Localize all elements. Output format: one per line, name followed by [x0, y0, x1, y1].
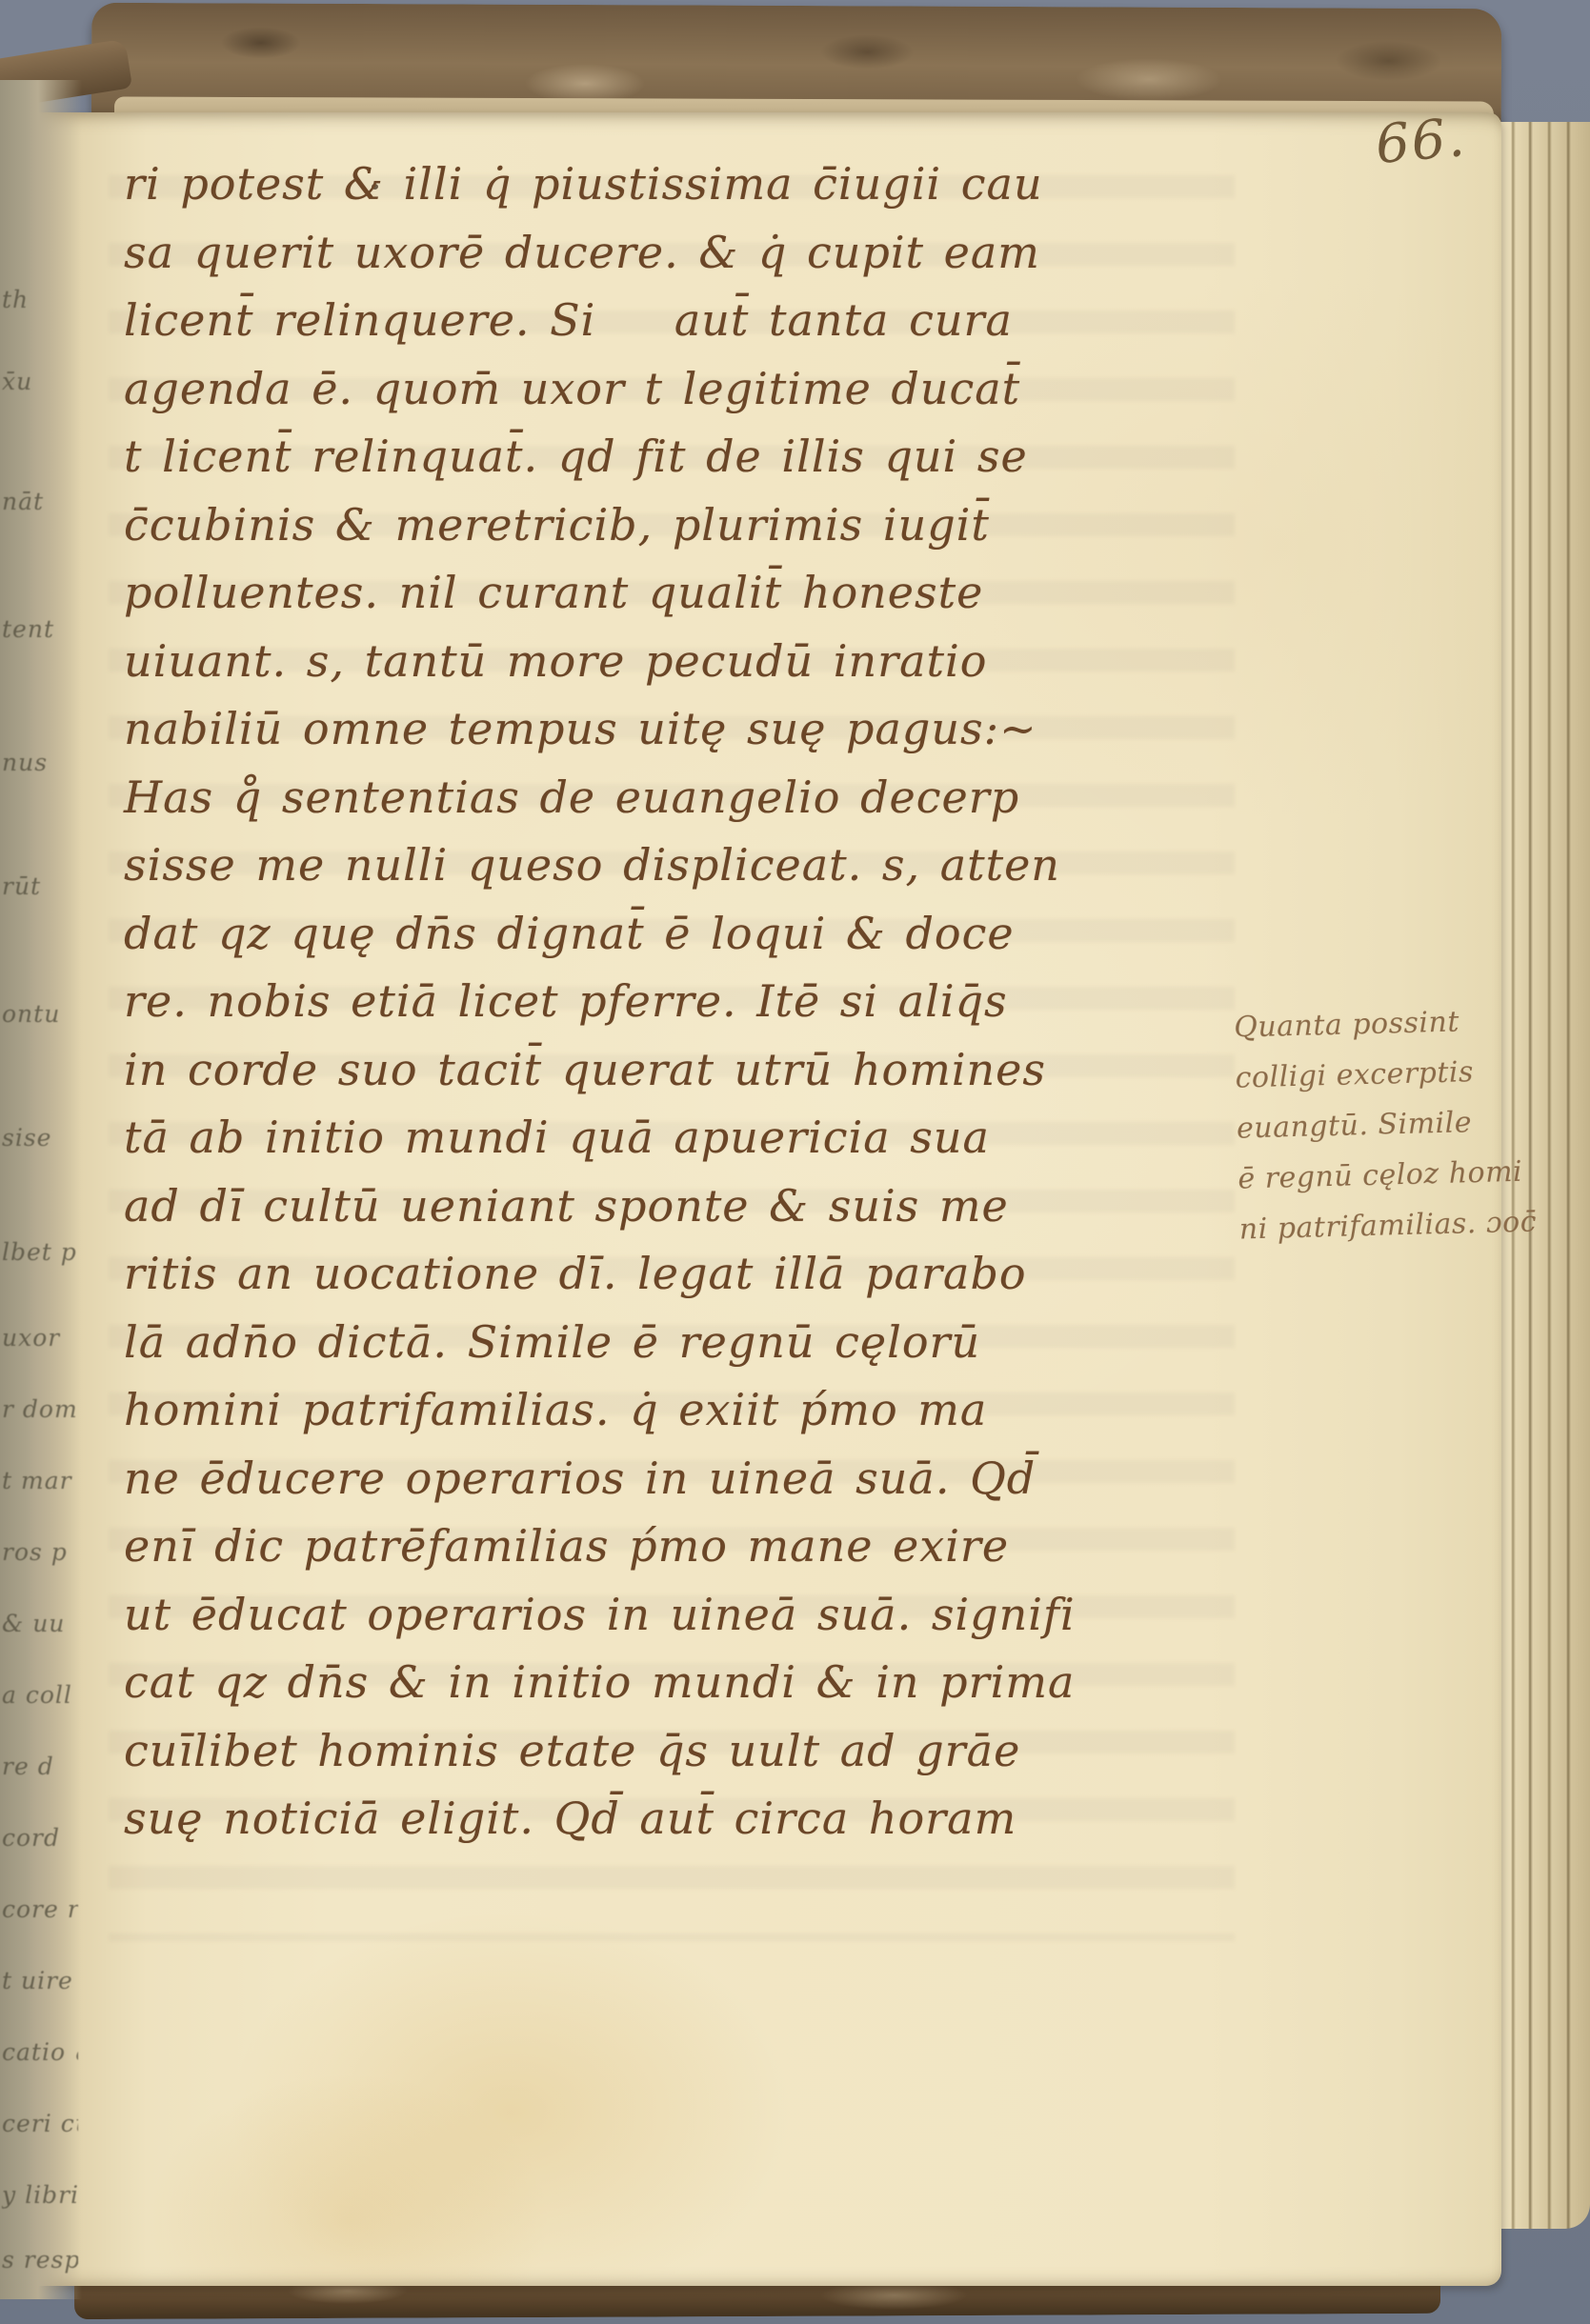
gutter-fragment: r dom [2, 1395, 78, 1423]
text-line: enī dic patrēfamilias ṕmo mane exire [124, 1513, 1258, 1581]
text-line: uiuant. s, tantū more pecudū inratio [124, 628, 1258, 696]
margin-note-line: colligi excerptis [1235, 1044, 1569, 1103]
gutter-fragment: cord [2, 1824, 60, 1852]
text-line: suę noticiā eligit. Qd̄ aut̄ circa horam [124, 1785, 1258, 1853]
text-line: agenda ē. quom̄ uxor t legitime ducat̄ [124, 355, 1258, 424]
gutter-fragment: sise [2, 1124, 51, 1152]
text-line: lā adn̄o dictā. Simile ē regnū cęlorū [124, 1309, 1258, 1377]
text-line: ne ēducere operarios in uineā suā. Qd̄ [124, 1445, 1258, 1513]
text-line: dat qz quę dn̄s dignat̄ ē loqui & doce [124, 900, 1258, 969]
text-line: re. nobis etiā licet pferre. Itē si aliq… [124, 968, 1258, 1036]
text-line: Has q̊ sententias de euangelio decerp [124, 764, 1258, 832]
manuscript-photo: thx̄unāttentnusrūtontusiselbet puxorr do… [0, 0, 1590, 2324]
margin-note-line: euangtū. Simile [1236, 1094, 1570, 1153]
text-line: ad dī cultū ueniant sponte & suis me [124, 1172, 1258, 1241]
margin-note-line: ni patrifamilias. ɔoc̄ [1238, 1195, 1573, 1254]
gutter-fragment: nāt [2, 488, 44, 515]
gutter-fragment: x̄u [2, 368, 32, 395]
gutter-fragment: tent [2, 615, 54, 643]
gutter-fragment: th [2, 286, 29, 313]
text-line: ut ēducat operarios in uineā suā. signif… [124, 1581, 1258, 1650]
text-line: polluentes. nil curant qualit̄ honeste [124, 559, 1258, 628]
text-line: c̄cubinis & meretricib, plurimis iugit̄ [124, 491, 1258, 560]
gutter-fragment: catio q [2, 2038, 78, 2066]
gutter-fragment: ceri cu [2, 2110, 78, 2137]
main-text-block: ri potest & illi q̇ piustissima c̄iugii … [124, 150, 1258, 1853]
text-line: homini patrifamilias. q̇ exiit ṕmo ma [124, 1376, 1258, 1445]
text-line: cat qz dn̄s & in initio mundi & in prima [124, 1649, 1258, 1717]
gutter-fragment: a coll [2, 1681, 72, 1709]
gutter-fragment: core r [2, 1895, 78, 1923]
folio-number: 66. [1373, 107, 1468, 176]
gutter-fragment: re d [2, 1753, 54, 1780]
text-line: ri potest & illi q̇ piustissima c̄iugii … [124, 150, 1258, 219]
text-line: in corde suo tacit̄ querat utrū homines [124, 1036, 1258, 1105]
gutter-fragment: ros p [2, 1538, 68, 1566]
gutter-fragment: rūt [2, 872, 41, 900]
gutter-fragment: lbet p [2, 1238, 77, 1266]
text-line: sisse me nulli queso displiceat. s, atte… [124, 831, 1258, 900]
text-line: ritis an uocatione dī. legat illā parabo [124, 1240, 1258, 1309]
gutter-fragment: t uire [2, 1967, 73, 1994]
text-line: cuīlibet hominis etate q̄s uult ad grāe [124, 1717, 1258, 1786]
gutter-showthrough-text: thx̄unāttentnusrūtontusiselbet puxorr do… [0, 0, 86, 2324]
text-line: sa querit uxorē ducere. & q̇ cupit eam [124, 219, 1258, 288]
gutter-fragment: & uu [2, 1610, 65, 1637]
margin-note-line: ē regnū cęloz homi [1238, 1145, 1572, 1204]
margin-note-line: Quanta possint [1234, 993, 1568, 1052]
gutter-fragment: uxor [2, 1324, 60, 1352]
margin-note: Quanta possintcolligi excerptiseuangtū. … [1234, 993, 1574, 1254]
text-line: tā ab initio mundi quā apuericia sua [124, 1104, 1258, 1172]
gutter-fragment: s respon [2, 2246, 78, 2274]
text-line: nabiliū omne tempus uitę suę pagus:~ [124, 695, 1258, 764]
text-line: t licent̄ relinquat̄. qd fit de illis qu… [124, 423, 1258, 491]
gutter-fragment: y libris [2, 2181, 78, 2209]
gutter-fragment: nus [2, 749, 48, 776]
gutter-fragment: ontu [2, 1000, 60, 1028]
text-line: licent̄ relinquere. Si aut̄ tanta cura [124, 287, 1258, 355]
gutter-fragment: t mar [2, 1467, 72, 1494]
